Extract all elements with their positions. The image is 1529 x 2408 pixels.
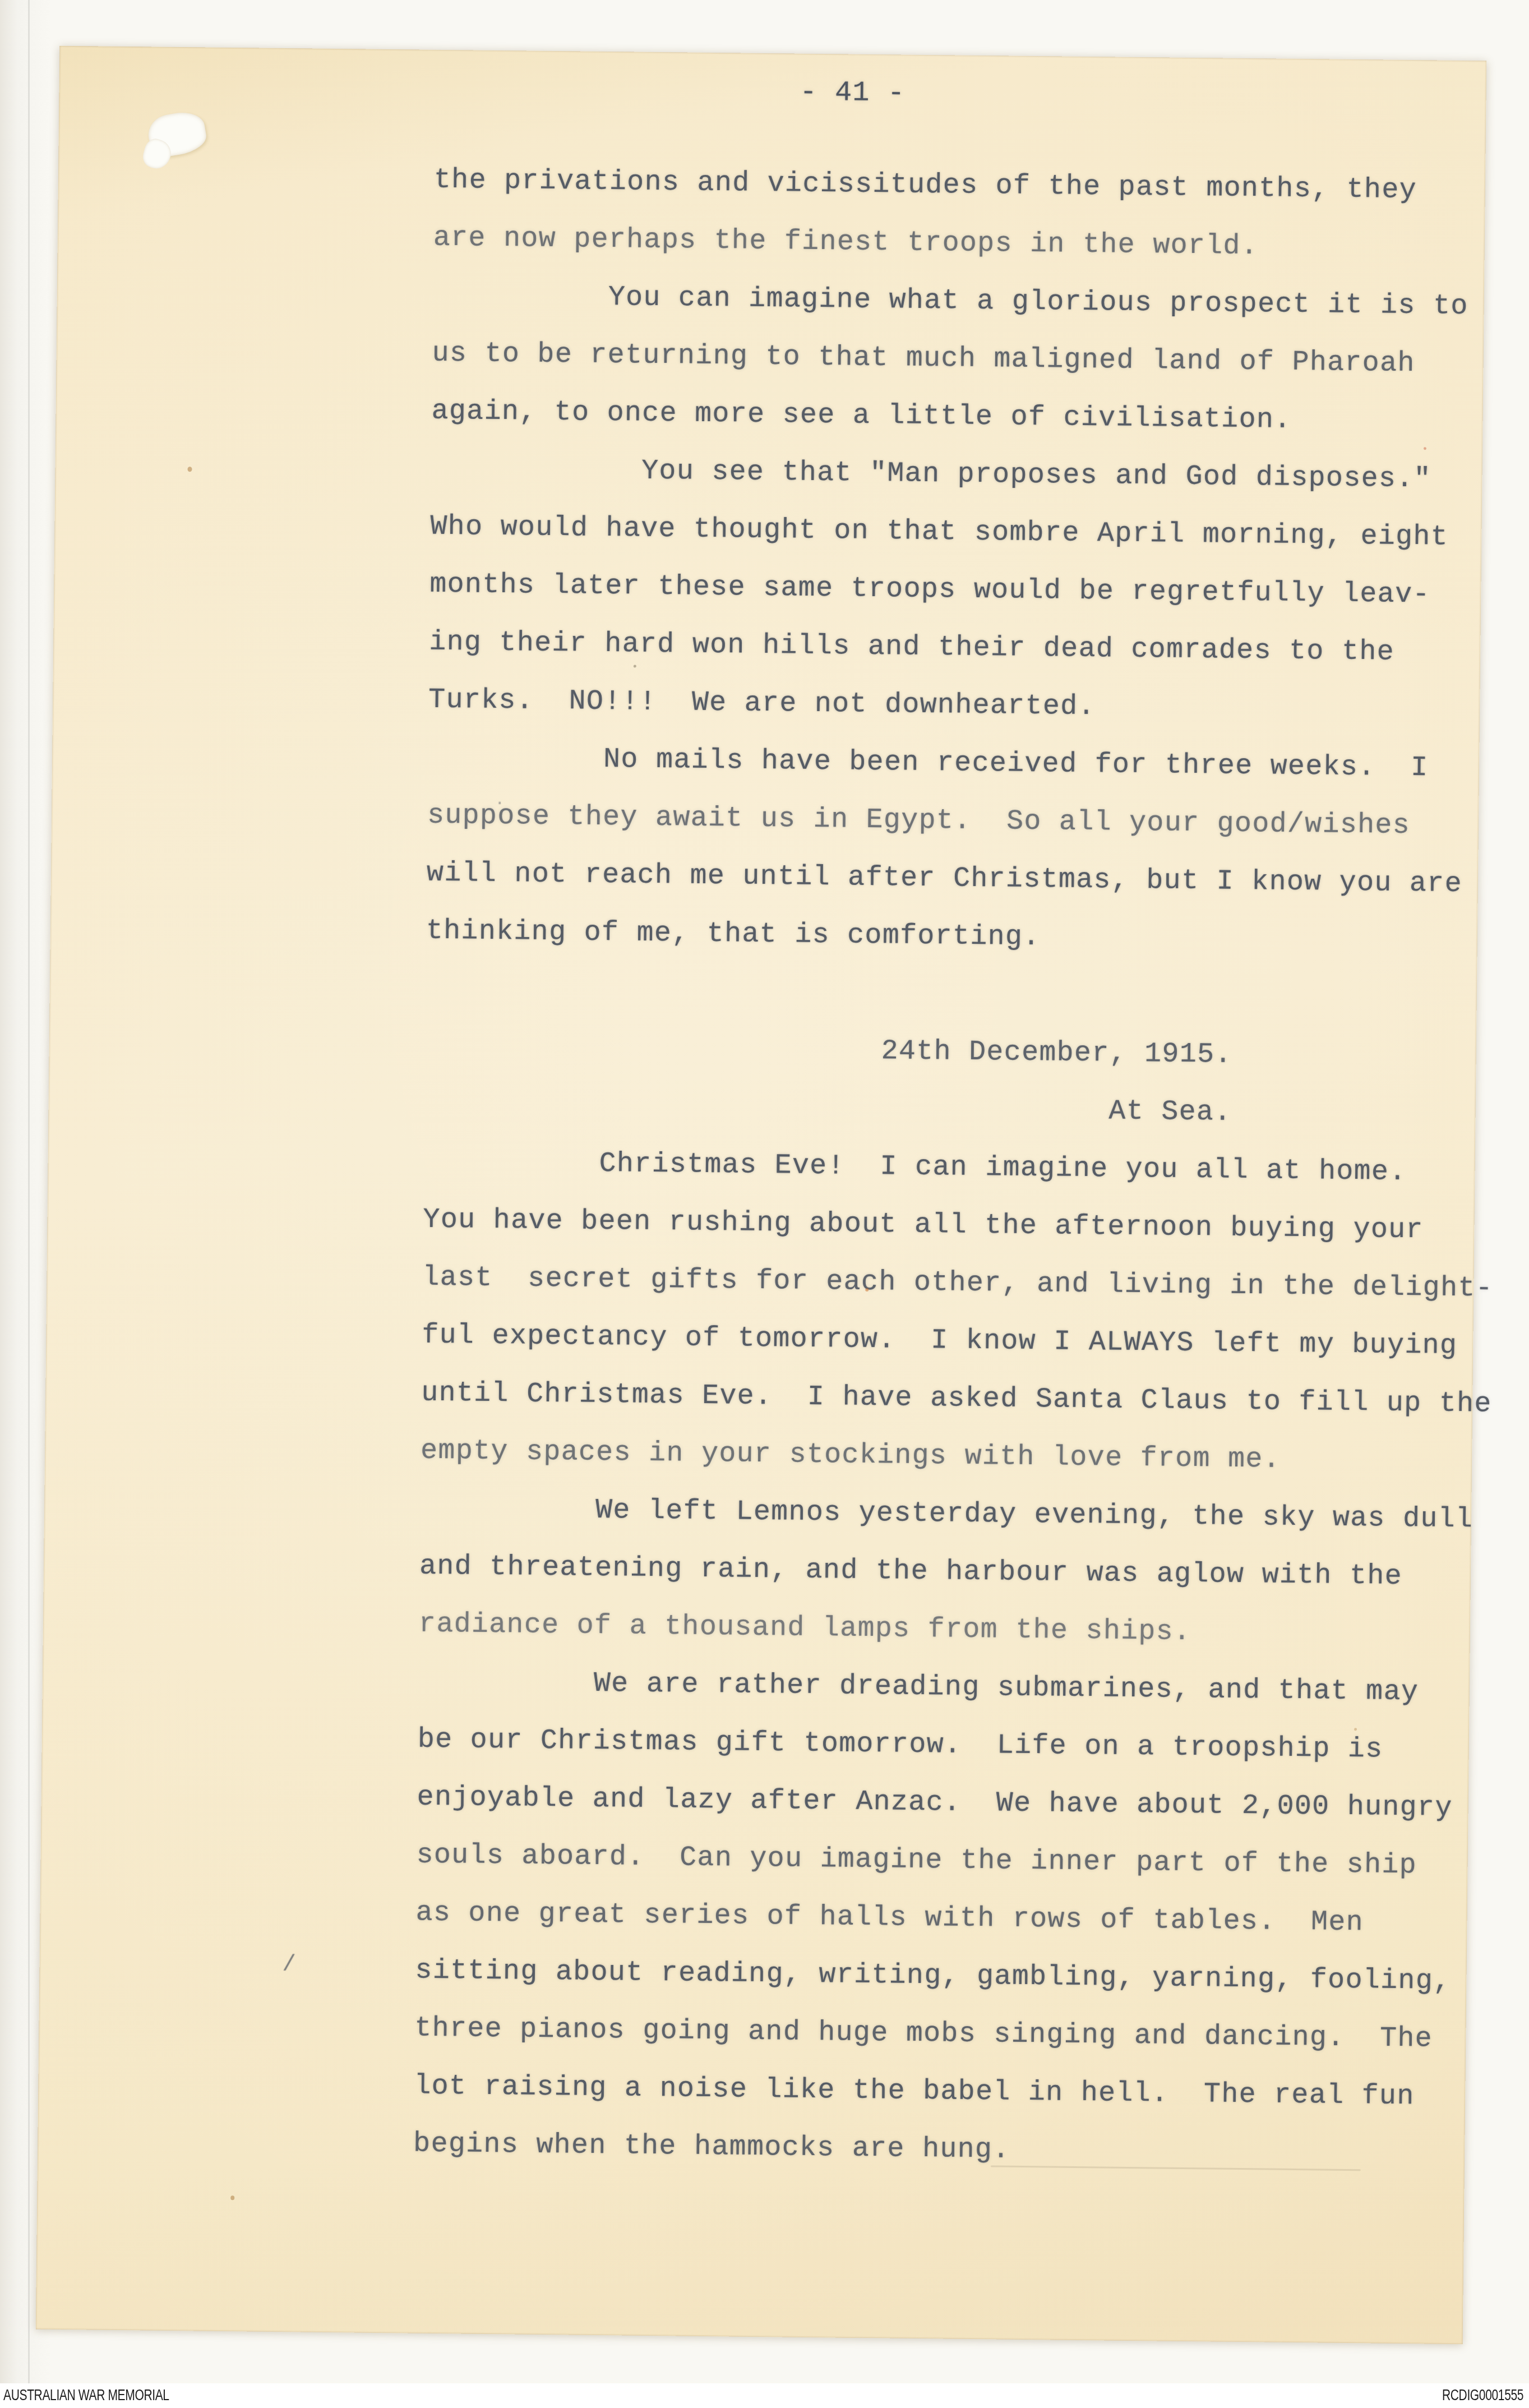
entry-place-line: At Sea. <box>424 1088 1232 1130</box>
letter-text-line: months later these same troops would be … <box>429 568 1430 612</box>
letter-text-line: suppose they await us in Egypt. So all y… <box>427 799 1411 843</box>
letter-text-line: lot raising a noise like the babel in he… <box>414 2070 1415 2114</box>
faint-scan-line <box>991 2165 1361 2171</box>
letter-text-line: We are rather dreading submarines, and t… <box>418 1666 1419 1710</box>
letter-text-line: the privations and vicissitudes of the p… <box>434 164 1417 207</box>
letter-text-line: as one great series of halls with rows o… <box>415 1897 1364 1940</box>
letter-text-line: until Christmas Eve. I have asked Santa … <box>421 1377 1492 1422</box>
letter-text-line: again, to once more see a little of civi… <box>431 395 1291 437</box>
letter-text-line: begins when the hammocks are hung. <box>413 2128 1010 2167</box>
entry-date-line: 24th December, 1915. <box>424 1030 1232 1072</box>
letter-text-line: ing their hard won hills and their dead … <box>429 626 1394 670</box>
letter-text-line: last secret gifts for each other, and li… <box>422 1261 1493 1306</box>
letter-text-line: enjoyable and lazy after Anzac. We have … <box>417 1781 1453 1825</box>
letter-text-line: and threatening rain, and the harbour wa… <box>419 1550 1403 1594</box>
letter-text-line: are now perhaps the finest troops in the… <box>433 222 1259 264</box>
letter-text-line: No mails have been received for three we… <box>428 741 1429 786</box>
letter-text-line: radiance of a thousand lamps from the sh… <box>419 1608 1191 1649</box>
letter-text-line: will not reach me until after Christmas,… <box>427 857 1463 901</box>
letter-text-line: You see that "Man proposes and God dispo… <box>431 453 1431 497</box>
letter-text-line: be our Christmas gift tomorrow. Life on … <box>417 1723 1383 1767</box>
scanner-edge-line <box>28 0 30 2383</box>
typed-lines: the privations and vicissitudes of the p… <box>59 46 1486 61</box>
letter-text-line: You have been rushing about all the afte… <box>423 1203 1424 1248</box>
letter-text-line: empty spaces in your stockings with love… <box>421 1434 1281 1477</box>
letter-text-line: souls aboard. Can you imagine the inner … <box>416 1839 1417 1883</box>
catalog-id: RCDIG0001555 <box>1442 2387 1523 2404</box>
letter-text-line: sitting about reading, writing, gambling… <box>415 1954 1451 1999</box>
paper-speck <box>187 467 192 472</box>
letter-text-line: thinking of me, that is comforting. <box>426 915 1041 954</box>
paper-speck <box>1424 447 1426 450</box>
catalog-footer: AUSTRALIAN WAR MEMORIAL RCDIG0001555 <box>0 2383 1529 2408</box>
letter-text-line: Christmas Eve! I can imagine you all at … <box>423 1146 1407 1189</box>
letter-text-line: Who would have thought on that sombre Ap… <box>430 510 1448 555</box>
letter-text-line: You can imagine what a glorious prospect… <box>432 279 1468 324</box>
letter-text-line: three pianos going and huge mobs singing… <box>414 2012 1433 2056</box>
paper-speck <box>865 1288 869 1291</box>
letter-text-line: ful expectancy of tomorrow. I know I ALW… <box>422 1319 1458 1363</box>
letter-text-line: us to be returning to that much maligned… <box>432 337 1415 381</box>
institution-label: AUSTRALIAN WAR MEMORIAL <box>3 2387 169 2404</box>
stray-typewriter-mark: / <box>282 1952 295 1977</box>
paper-speck <box>230 2195 234 2200</box>
letter-text-line: We left Lemnos yesterday evening, the sk… <box>420 1492 1473 1537</box>
paper-speck <box>1354 1728 1357 1731</box>
page-number: - 41 - <box>800 76 905 111</box>
paper-speck <box>634 665 636 668</box>
letter-text-line: Turks. NO!!! We are not downhearted. <box>428 684 1096 724</box>
letter-page: - 41 - the privations and vicissitudes o… <box>36 46 1487 2344</box>
stray-typewriter-mark: . <box>495 791 505 810</box>
